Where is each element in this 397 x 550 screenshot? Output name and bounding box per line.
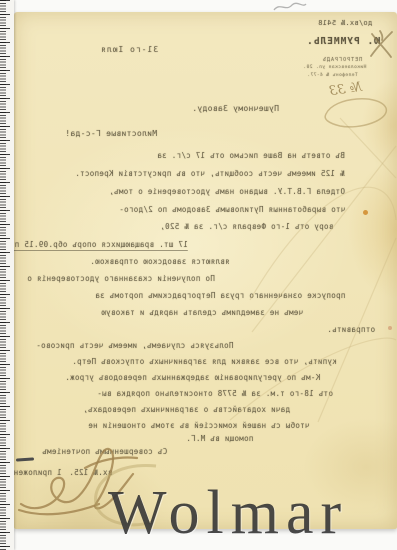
pencil-squiggle bbox=[272, 0, 308, 14]
flourish-swirl bbox=[318, 92, 393, 132]
watermark-wolmar: Wolmar bbox=[108, 478, 348, 549]
letterhead-flourish-mark bbox=[368, 30, 394, 60]
photo-of-letter: до/вх.№ 5418 Ю. РУММЕЛЬ. ПЕТРОГРАДЪ Нико… bbox=[0, 0, 397, 550]
ruler-major-ticks bbox=[0, 0, 10, 550]
ruler bbox=[0, 0, 14, 550]
